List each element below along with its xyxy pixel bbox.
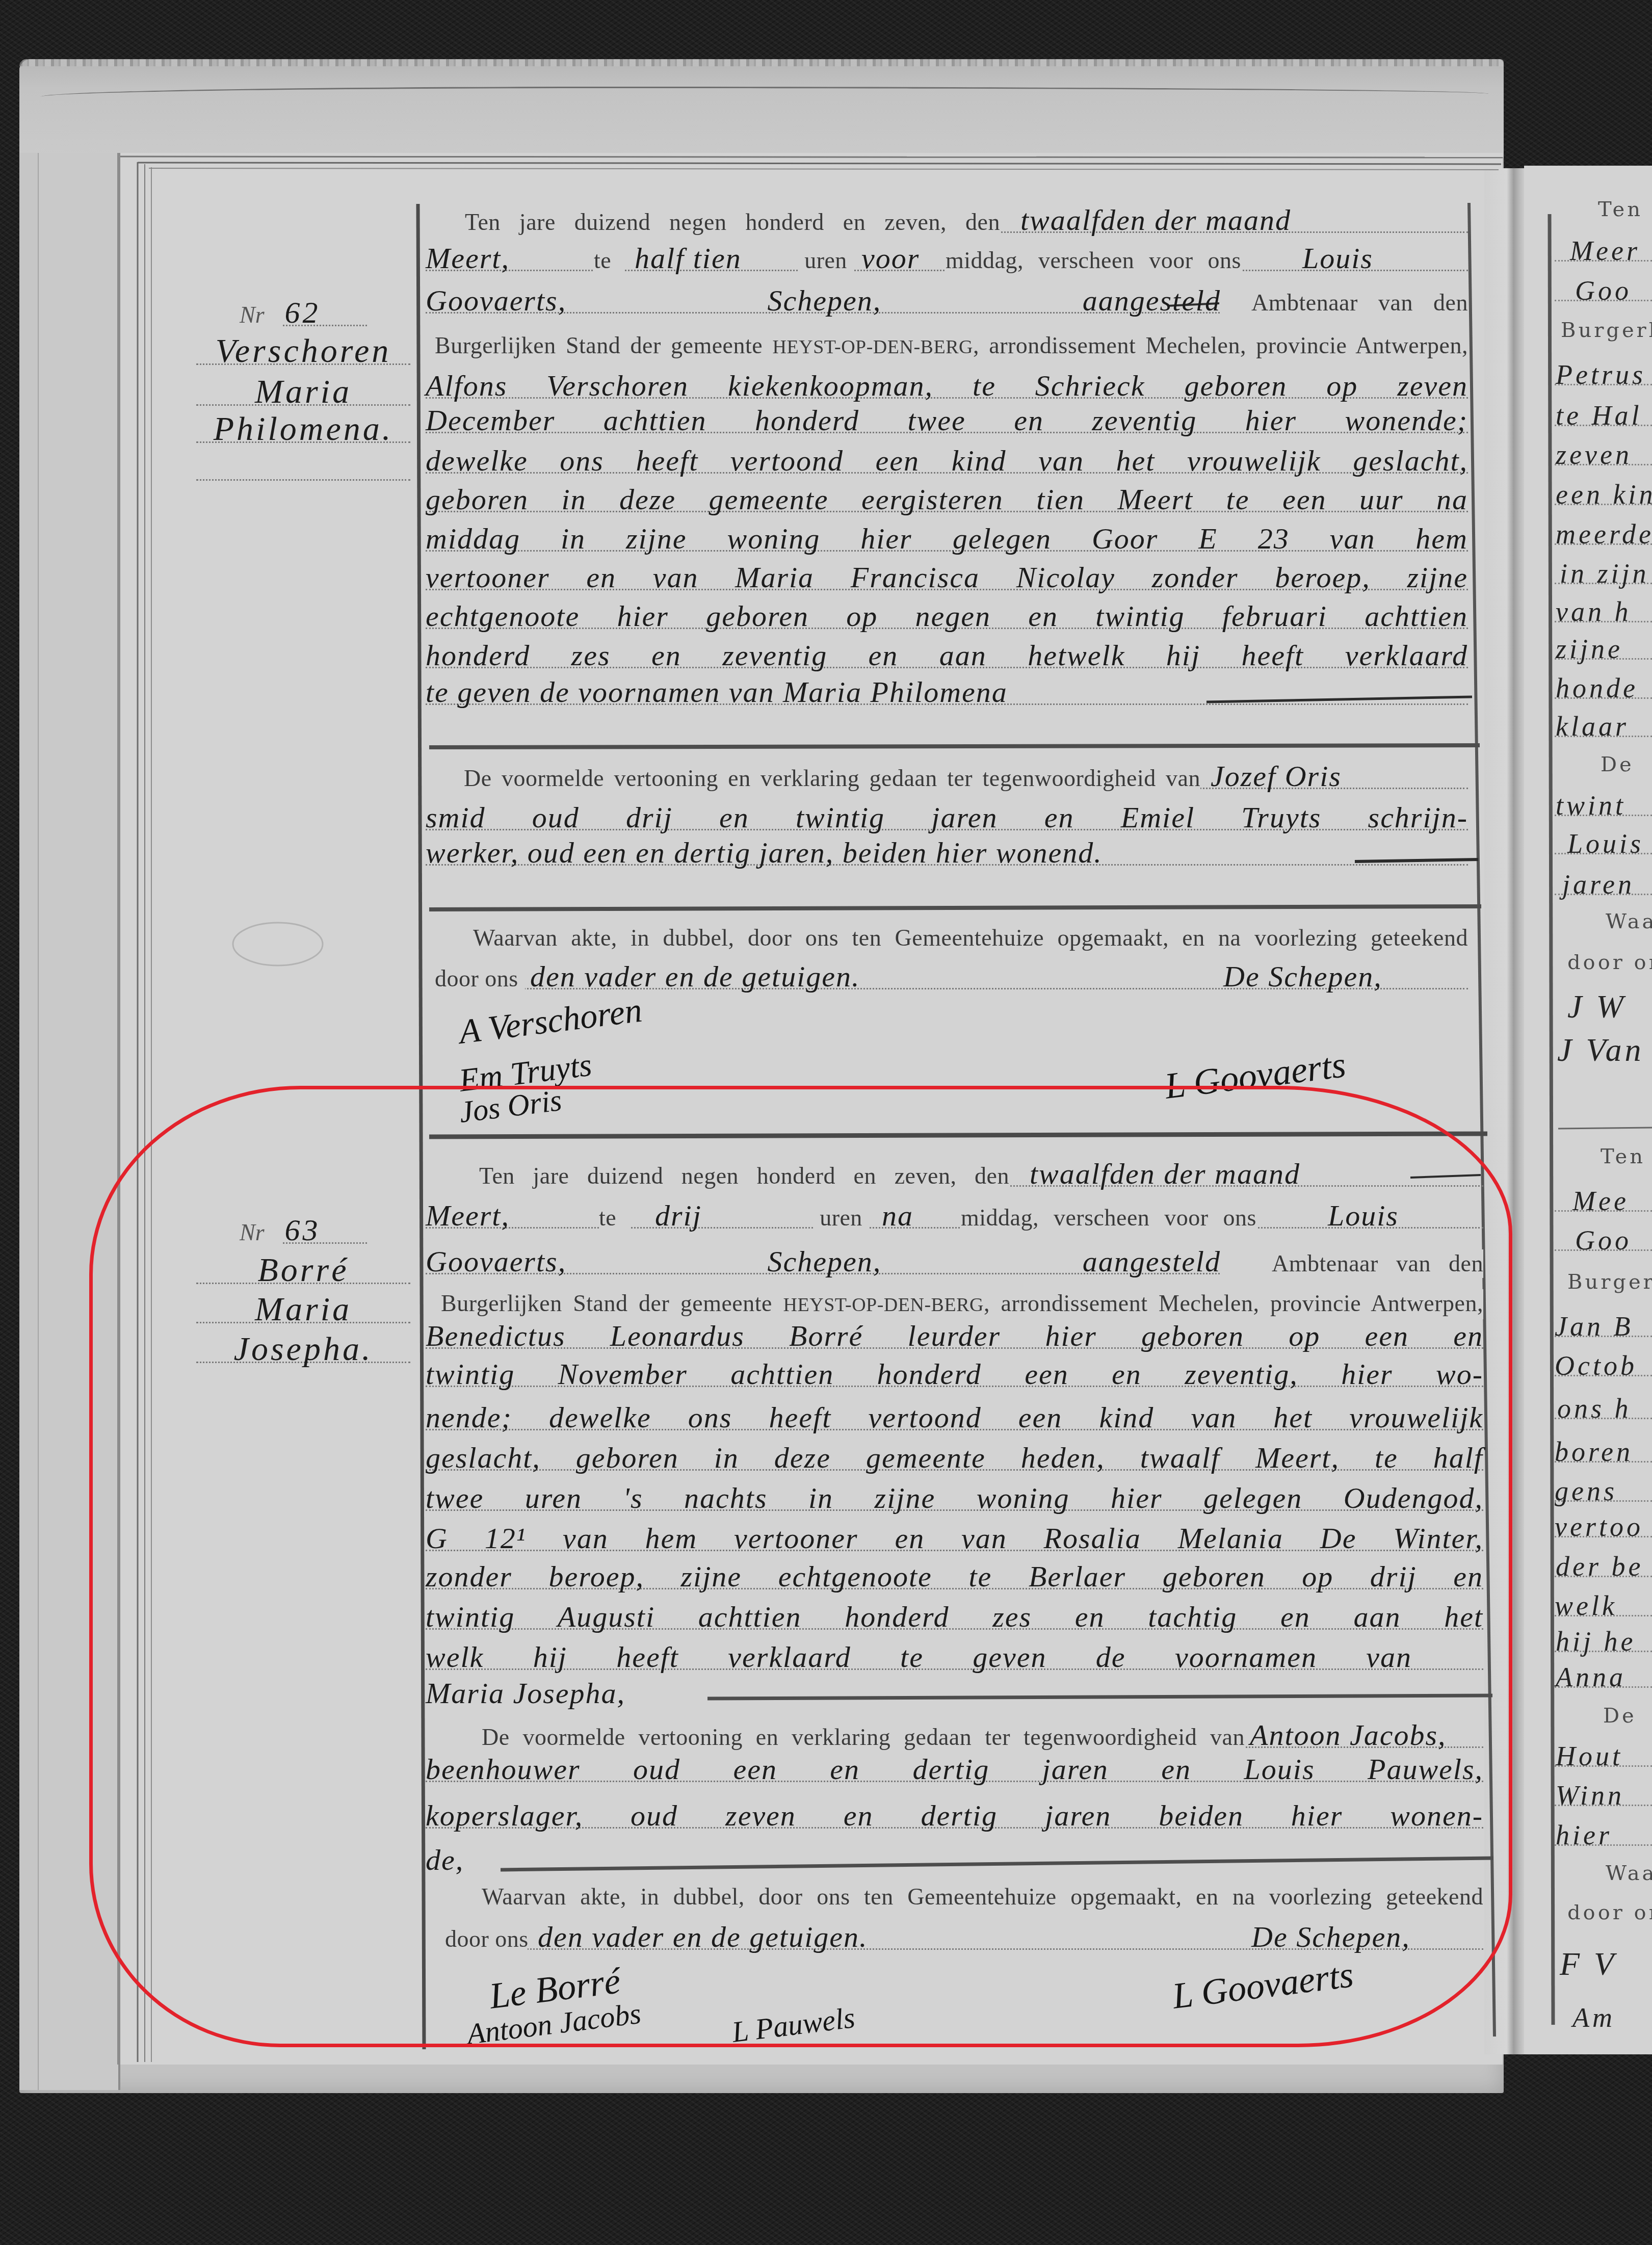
given-name: Maria bbox=[255, 373, 352, 411]
handwritten-text: dewelke ons heeft vertoond een kind van … bbox=[426, 444, 1468, 478]
frame-line bbox=[149, 168, 1499, 170]
handwritten-hour: half tien bbox=[624, 242, 798, 275]
declaration-line: Alfons Verschoren kiekenkoopman, te Schr… bbox=[426, 369, 1468, 403]
handwritten-text: middag in zijne woning hier gelegen Goor… bbox=[426, 522, 1468, 556]
signed-by-line: door onsden vader en de getuigen.De Sche… bbox=[426, 960, 1468, 994]
date-line: Ten jare duizend negen honderd en zeven,… bbox=[426, 203, 1468, 237]
printed-text: Ambtenaar van den bbox=[1221, 289, 1468, 317]
printed-text: uren bbox=[798, 246, 854, 275]
municipality: HEYST-OP-DEN-BERG bbox=[773, 336, 973, 358]
handwritten-month: Meert, bbox=[426, 242, 594, 275]
declaration-line: December achttien honderd twee en zevent… bbox=[426, 404, 1468, 437]
handwritten-text: te geven de voornamen van Maria Philomen… bbox=[426, 675, 1008, 709]
margin-given-name: Philomena. bbox=[196, 410, 410, 449]
handwritten-text: honderd zes en zeventig en aan hetwelk h… bbox=[426, 639, 1468, 672]
given-name: Philomena. bbox=[214, 410, 393, 449]
handwritten-official-name: Louis bbox=[1241, 242, 1468, 275]
declaration-line: dewelke ons heeft vertoond een kind van … bbox=[426, 444, 1468, 478]
printed-text: , arrondissement Mechelen, provincie Ant… bbox=[973, 332, 1468, 358]
entry-number-value: 62 bbox=[285, 293, 321, 332]
adjacent-page-entry-rule bbox=[1558, 1128, 1652, 1129]
faint-stamp-icon bbox=[233, 923, 323, 965]
indent bbox=[426, 203, 465, 237]
officer-title: De Schepen, bbox=[1223, 960, 1468, 994]
printed-text: door ons bbox=[426, 964, 525, 993]
registry-line: Burgerlijken Stand der gemeente HEYST-OP… bbox=[426, 331, 1468, 365]
handwritten-text: den vader en de getuigen. bbox=[525, 960, 1223, 994]
printed-text: Waarvan akte, in dubbel, door ons ten Ge… bbox=[473, 924, 1468, 952]
printed-text: te bbox=[594, 246, 624, 275]
printed-text: Burgerlijken Stand der gemeente bbox=[435, 332, 763, 358]
printed-text: middag, verscheen voor ons bbox=[946, 246, 1241, 275]
section-rule bbox=[429, 906, 1481, 909]
printed-text: Ten jare duizend negen honderd en zeven,… bbox=[465, 208, 1000, 237]
printed-text: De voormelde vertooning en verklaring ge… bbox=[464, 764, 1200, 793]
witness-line: smid oud drij en twintig jaren en Emiel … bbox=[426, 801, 1468, 834]
adjacent-page-column-rule bbox=[1550, 214, 1553, 2025]
number-label: Nr bbox=[240, 301, 265, 329]
official-line: Goovaerts, Schepen, aangesteldAmbtenaar … bbox=[426, 284, 1468, 318]
time-line: Meert,tehalf tienurenvoormiddag, versche… bbox=[426, 242, 1468, 275]
declaration-line: te geven de voornamen van Maria Philomen… bbox=[426, 675, 1468, 709]
witness-line: De voormelde vertooning en verklaring ge… bbox=[426, 760, 1468, 793]
declaration-line: middag in zijne woning hier gelegen Goor… bbox=[426, 522, 1468, 556]
handwritten-text: geboren in deze gemeente eergisteren tie… bbox=[426, 483, 1468, 516]
handwritten-text: vertooner en van Maria Francisca Nicolay… bbox=[426, 561, 1468, 594]
indent bbox=[426, 924, 473, 957]
handwritten-text: smid oud drij en twintig jaren en Emiel … bbox=[426, 801, 1468, 834]
handwritten-official-name: Goovaerts, Schepen, aangesteld bbox=[426, 284, 1221, 318]
handwritten-text: echtgenoote hier geboren op negen en twi… bbox=[426, 599, 1468, 633]
frame-line bbox=[120, 156, 1503, 158]
indent bbox=[426, 331, 435, 365]
scanned-register-page: Ten Meer Goo Burgerlij Petrus te Hal zev… bbox=[0, 0, 1652, 2245]
highlight-annotation bbox=[89, 1086, 1512, 2047]
declaration-line: honderd zes en zeventig en aan hetwelk h… bbox=[426, 639, 1468, 672]
entry-number: Nr62 bbox=[240, 293, 367, 332]
declaration-line: echtgenoote hier geboren op negen en twi… bbox=[426, 599, 1468, 633]
handwritten-witness: Jozef Oris bbox=[1200, 760, 1468, 793]
handwritten-text: Alfons Verschoren kiekenkoopman, te Schr… bbox=[426, 369, 1468, 403]
declaration-line: vertooner en van Maria Francisca Nicolay… bbox=[426, 561, 1468, 594]
witness-line: werker, oud een en dertig jaren, beiden … bbox=[426, 836, 1468, 870]
margin-given-name: Maria bbox=[196, 373, 410, 411]
printed-text: Burgerlijken Stand der gemeente HEYST-OP… bbox=[435, 331, 1468, 361]
margin-surname: Verschoren bbox=[196, 332, 410, 371]
closing-line: Waarvan akte, in dubbel, door ons ten Ge… bbox=[426, 924, 1468, 957]
indent bbox=[426, 760, 464, 793]
handwritten-meridiem: voor bbox=[854, 242, 946, 275]
frame-line bbox=[138, 163, 1501, 164]
section-rule bbox=[429, 745, 1480, 747]
surname: Verschoren bbox=[216, 332, 391, 371]
declaration-line: geboren in deze gemeente eergisteren tie… bbox=[426, 483, 1468, 516]
handwritten-text: werker, oud een en dertig jaren, beiden … bbox=[426, 836, 1103, 870]
handwritten-text: twaalfden der maand bbox=[1000, 203, 1468, 237]
handwritten-text: December achttien honderd twee en zevent… bbox=[426, 404, 1468, 437]
margin-blank-line bbox=[196, 448, 410, 486]
